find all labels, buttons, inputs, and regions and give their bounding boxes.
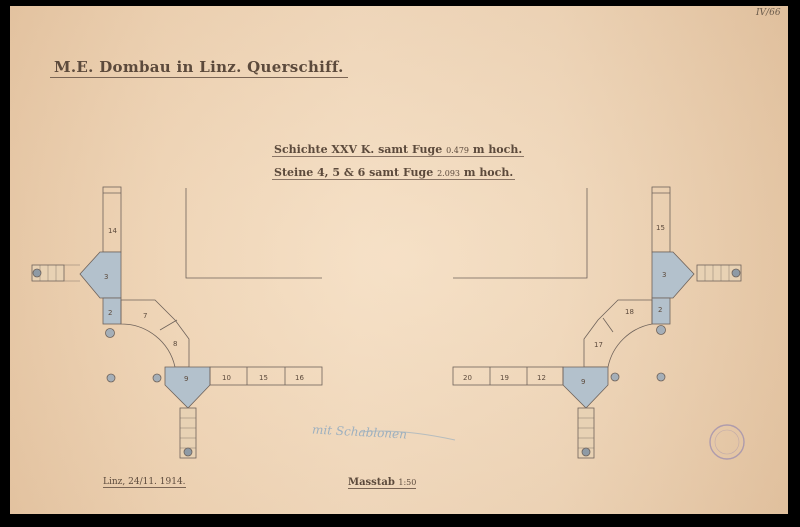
- svg-text:15: 15: [656, 224, 665, 232]
- svg-text:10: 10: [222, 374, 231, 382]
- subtitle-2-label: Steine 4, 5 & 6 samt Fuge: [274, 166, 433, 179]
- scale-value: 1:50: [398, 478, 416, 487]
- scale-text: Masstab: [348, 477, 395, 488]
- left-stone-assembly: [32, 187, 322, 458]
- subtitle-line-2: Steine 4, 5 & 6 samt Fuge 2.093 m hoch.: [272, 166, 515, 180]
- svg-text:9: 9: [184, 375, 188, 383]
- svg-text:20: 20: [463, 374, 472, 382]
- subtitle-2-unit: m hoch.: [464, 166, 513, 179]
- subtitle-1-value: 0.479: [446, 146, 469, 155]
- svg-text:18: 18: [625, 308, 634, 316]
- right-stone-assembly: [453, 187, 741, 458]
- svg-text:14: 14: [108, 227, 117, 235]
- svg-text:15: 15: [259, 374, 268, 382]
- svg-text:12: 12: [537, 374, 546, 382]
- subtitle-2-value: 2.093: [437, 169, 460, 178]
- left-stone-numbers: 1432 789 101516: [104, 227, 304, 383]
- svg-text:2: 2: [108, 309, 112, 317]
- drawing-title: M.E. Dombau in Linz. Querschiff.: [50, 58, 348, 78]
- svg-text:3: 3: [662, 271, 666, 279]
- svg-text:9: 9: [581, 378, 585, 386]
- subtitle-line-1: Schichte XXV K. samt Fuge 0.479 m hoch.: [272, 143, 524, 157]
- subtitle-1-label: Schichte XXV K. samt Fuge: [274, 143, 442, 156]
- svg-text:7: 7: [143, 312, 147, 320]
- right-inner-frame: [453, 188, 587, 278]
- left-inner-frame: [186, 188, 322, 278]
- sheet-number: IV/66: [756, 8, 781, 18]
- svg-text:19: 19: [500, 374, 509, 382]
- subtitle-1-unit: m hoch.: [473, 143, 522, 156]
- architectural-plan: 1432 789 101516 1532 18179 201912: [0, 0, 800, 527]
- svg-text:16: 16: [295, 374, 304, 382]
- svg-text:3: 3: [104, 273, 108, 281]
- svg-text:8: 8: [173, 340, 177, 348]
- date-label: Linz, 24/11. 1914.: [103, 477, 186, 488]
- scale-label: Masstab 1:50: [348, 477, 416, 489]
- svg-text:17: 17: [594, 341, 603, 349]
- svg-text:2: 2: [658, 306, 662, 314]
- right-stone-numbers: 1532 18179 201912: [463, 224, 666, 386]
